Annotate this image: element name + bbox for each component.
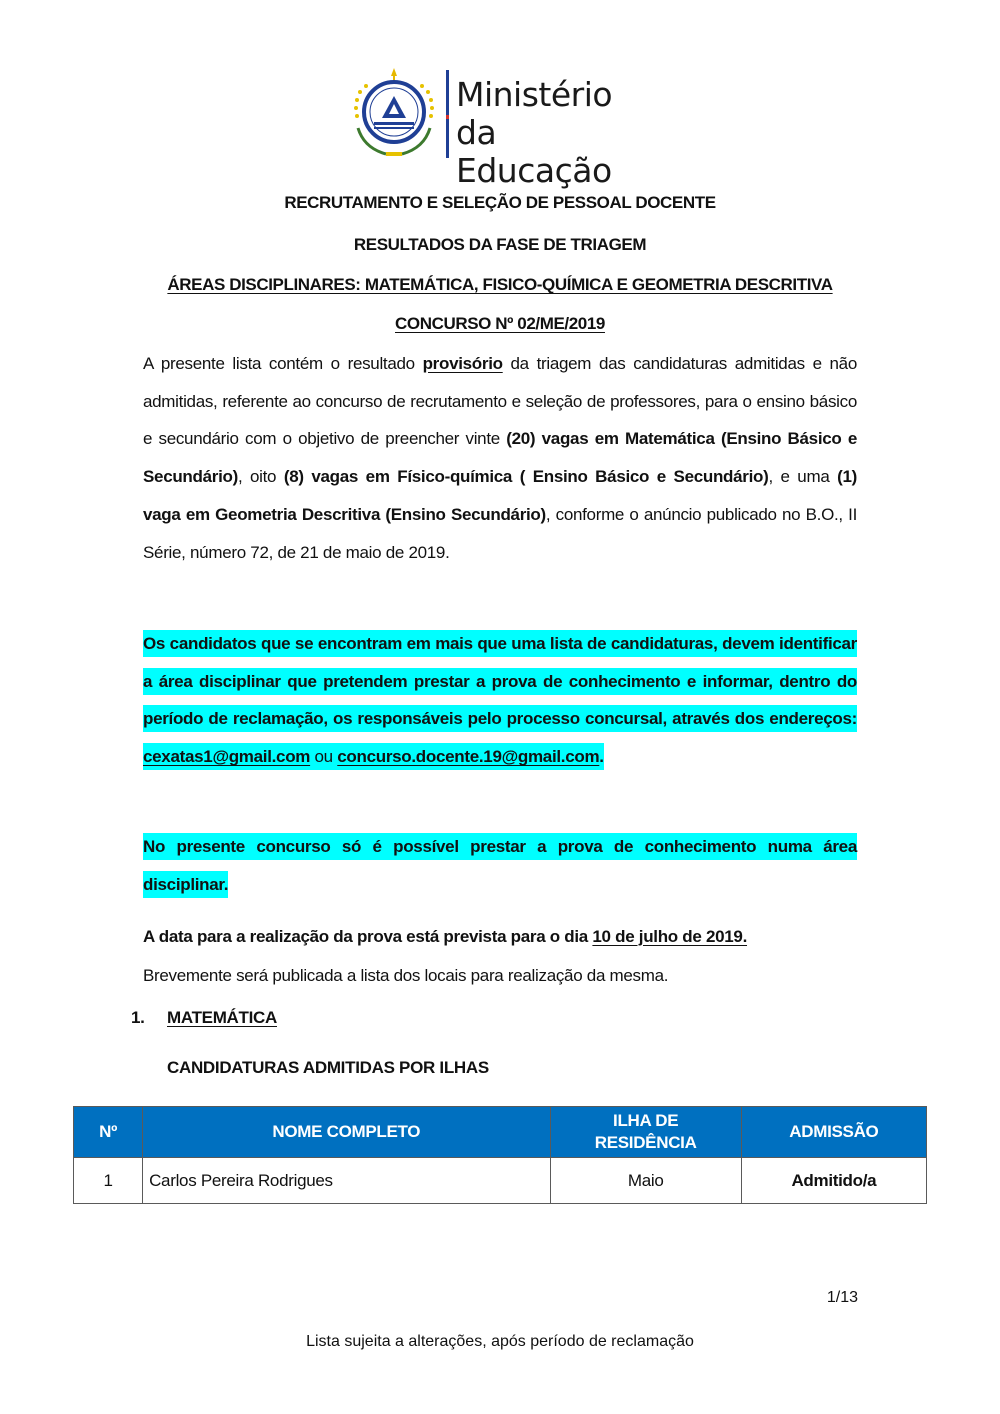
locations-note: Brevemente será publicada a lista dos lo… bbox=[143, 966, 668, 986]
cell-admission: Admitido/a bbox=[741, 1158, 926, 1204]
document-title: RECRUTAMENTO E SELEÇÃO DE PESSOAL DOCENT… bbox=[0, 193, 1000, 213]
single-area-notice: No presente concurso só é possível prest… bbox=[143, 828, 857, 903]
logo-divider-accent bbox=[446, 115, 449, 119]
cell-island: Maio bbox=[550, 1158, 741, 1204]
multi-list-notice: Os candidatos que se encontram em mais q… bbox=[143, 625, 857, 776]
email-link-cexatas[interactable]: cexatas1@gmail.com bbox=[143, 747, 310, 766]
logo-divider bbox=[446, 70, 449, 158]
col-island: ILHA DERESIDÊNCIA bbox=[550, 1107, 741, 1158]
col-admission: ADMISSÃO bbox=[741, 1107, 926, 1158]
col-number: Nº bbox=[74, 1107, 143, 1158]
coat-of-arms-icon bbox=[346, 66, 442, 162]
cell-name: Carlos Pereira Rodrigues bbox=[143, 1158, 550, 1204]
ministry-name-line1: Ministério bbox=[456, 76, 656, 114]
subject-areas-title: ÁREAS DISCIPLINARES: MATEMÁTICA, FISICO-… bbox=[0, 275, 1000, 295]
provisional-emphasis: provisório bbox=[423, 354, 503, 373]
ministry-name: Ministério da Educação bbox=[456, 76, 656, 190]
section-subtitle: CANDIDATURAS ADMITIDAS POR ILHAS bbox=[167, 1058, 489, 1078]
ministry-logo: Ministério da Educação bbox=[346, 66, 656, 166]
table-row: 1 Carlos Pereira Rodrigues Maio Admitido… bbox=[74, 1158, 927, 1204]
intro-paragraph: A presente lista contém o resultado prov… bbox=[143, 345, 857, 571]
ministry-name-line2: da Educação bbox=[456, 114, 656, 190]
document-subtitle: RESULTADOS DA FASE DE TRIAGEM bbox=[0, 235, 1000, 255]
cell-number: 1 bbox=[74, 1158, 143, 1204]
contest-number: CONCURSO Nº 02/ME/2019 bbox=[0, 314, 1000, 334]
col-full-name: NOME COMPLETO bbox=[143, 1107, 550, 1158]
page-number: 1/13 bbox=[827, 1289, 858, 1307]
exam-date-line: A data para a realização da prova está p… bbox=[143, 927, 747, 947]
admitted-candidates-table: Nº NOME COMPLETO ILHA DERESIDÊNCIA ADMIS… bbox=[73, 1106, 927, 1204]
exam-date: 10 de julho de 2019. bbox=[592, 927, 747, 946]
section-heading: 1.MATEMÁTICA bbox=[131, 1008, 277, 1028]
page-footer: Lista sujeita a alterações, após período… bbox=[0, 1333, 1000, 1351]
contest-number-text: CONCURSO Nº 02/ME/2019 bbox=[395, 314, 605, 333]
subject-areas-text: ÁREAS DISCIPLINARES: MATEMÁTICA, FISICO-… bbox=[167, 275, 832, 294]
email-link-concurso[interactable]: concurso.docente.19@gmail.com bbox=[337, 747, 599, 766]
table-header-row: Nº NOME COMPLETO ILHA DERESIDÊNCIA ADMIS… bbox=[74, 1107, 927, 1158]
